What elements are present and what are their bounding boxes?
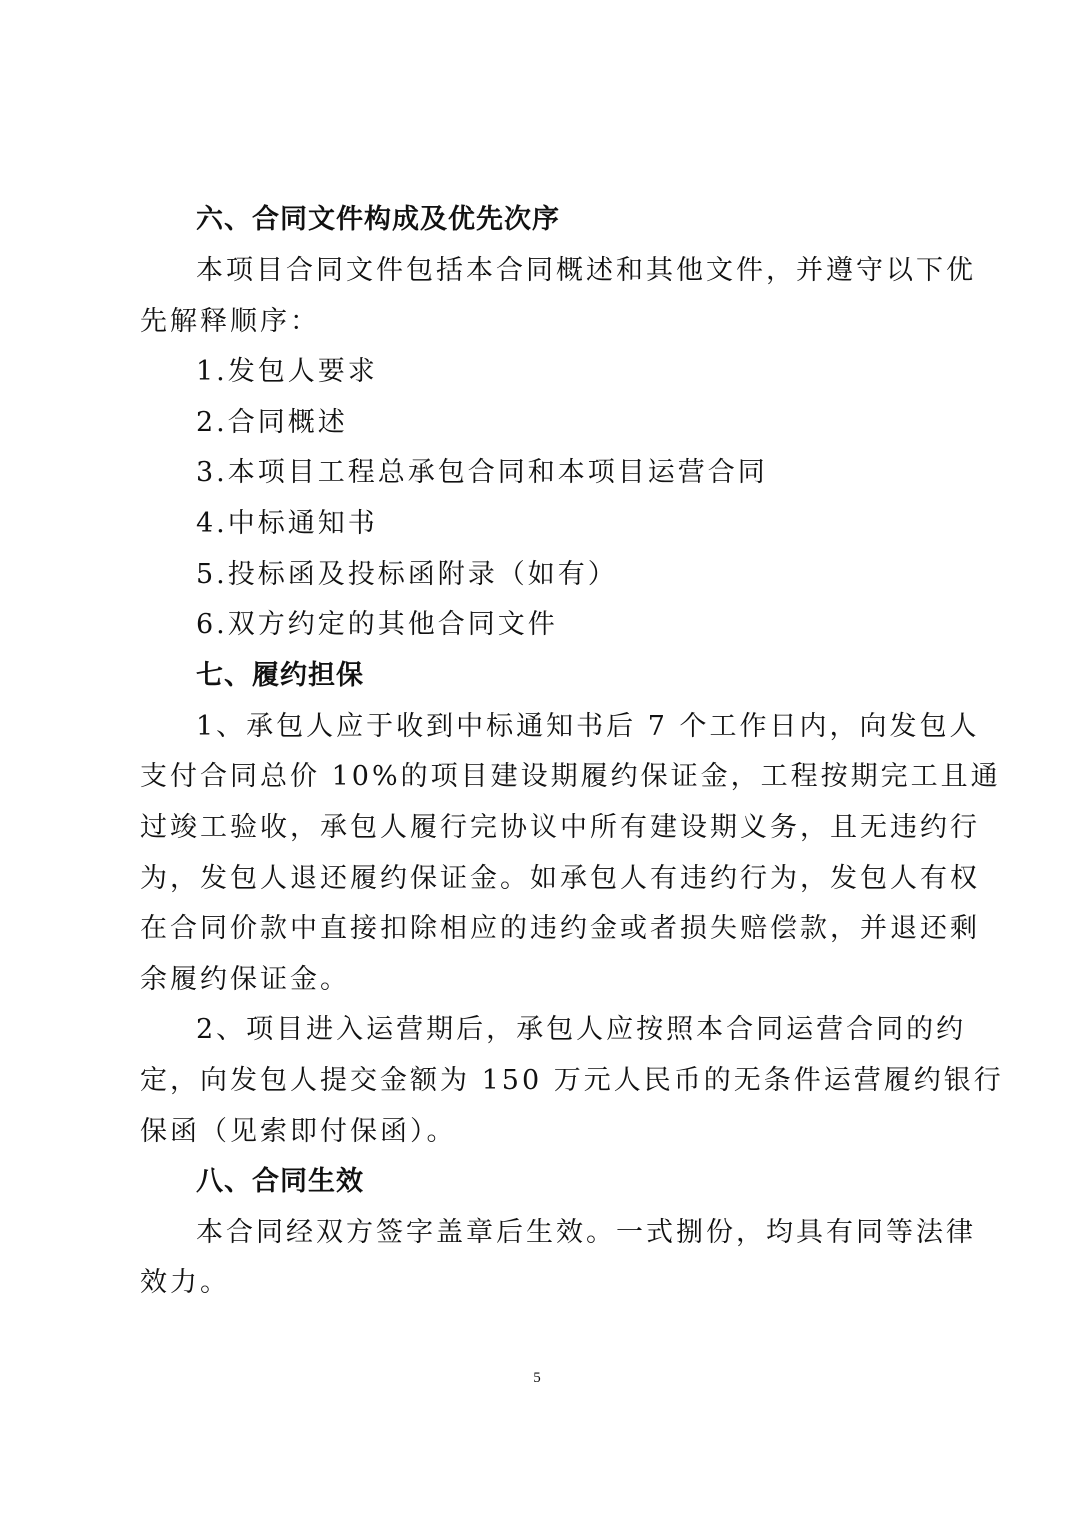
paragraph-line: 为，发包人退还履约保证金。如承包人有违约行为，发包人有权 — [140, 861, 934, 897]
list-item: 3.本项目工程总承包合同和本项目运营合同 — [196, 455, 996, 491]
page-number: 5 — [0, 1370, 1074, 1387]
list-item: 4.中标通知书 — [196, 506, 996, 542]
paragraph-line: 支付合同总价 10%的项目建设期履约保证金，工程按期完工且通 — [140, 759, 934, 795]
paragraph-line: 本项目合同文件包括本合同概述和其他文件，并遵守以下优 — [196, 253, 934, 289]
list-item: 2.合同概述 — [196, 405, 996, 441]
paragraph-line: 本合同经双方签字盖章后生效。一式捌份，均具有同等法律 — [196, 1215, 934, 1251]
list-item: 6.双方约定的其他合同文件 — [196, 607, 996, 643]
section-heading-6: 六、合同文件构成及优先次序 — [196, 202, 996, 238]
paragraph-line: 2、项目进入运营期后，承包人应按照本合同运营合同的约 — [196, 1012, 934, 1048]
list-item: 1.发包人要求 — [196, 354, 996, 390]
paragraph-line: 先解释顺序： — [140, 304, 940, 340]
paragraph-line: 效力。 — [140, 1265, 940, 1301]
section-heading-7: 七、履约担保 — [196, 658, 996, 694]
document-page: 六、合同文件构成及优先次序 本项目合同文件包括本合同概述和其他文件，并遵守以下优… — [0, 0, 1074, 1520]
section-heading-8: 八、合同生效 — [196, 1164, 996, 1200]
paragraph-line: 过竣工验收，承包人履行完协议中所有建设期义务，且无违约行 — [140, 810, 934, 846]
paragraph-line: 在合同价款中直接扣除相应的违约金或者损失赔偿款，并退还剩 — [140, 911, 934, 947]
paragraph-line: 1、承包人应于收到中标通知书后 7 个工作日内，向发包人 — [196, 709, 934, 745]
paragraph-line: 保函（见索即付保函）。 — [140, 1114, 940, 1150]
list-item: 5.投标函及投标函附录（如有） — [196, 557, 996, 593]
paragraph-line: 余履约保证金。 — [140, 962, 940, 998]
paragraph-line: 定，向发包人提交金额为 150 万元人民币的无条件运营履约银行 — [140, 1063, 934, 1099]
